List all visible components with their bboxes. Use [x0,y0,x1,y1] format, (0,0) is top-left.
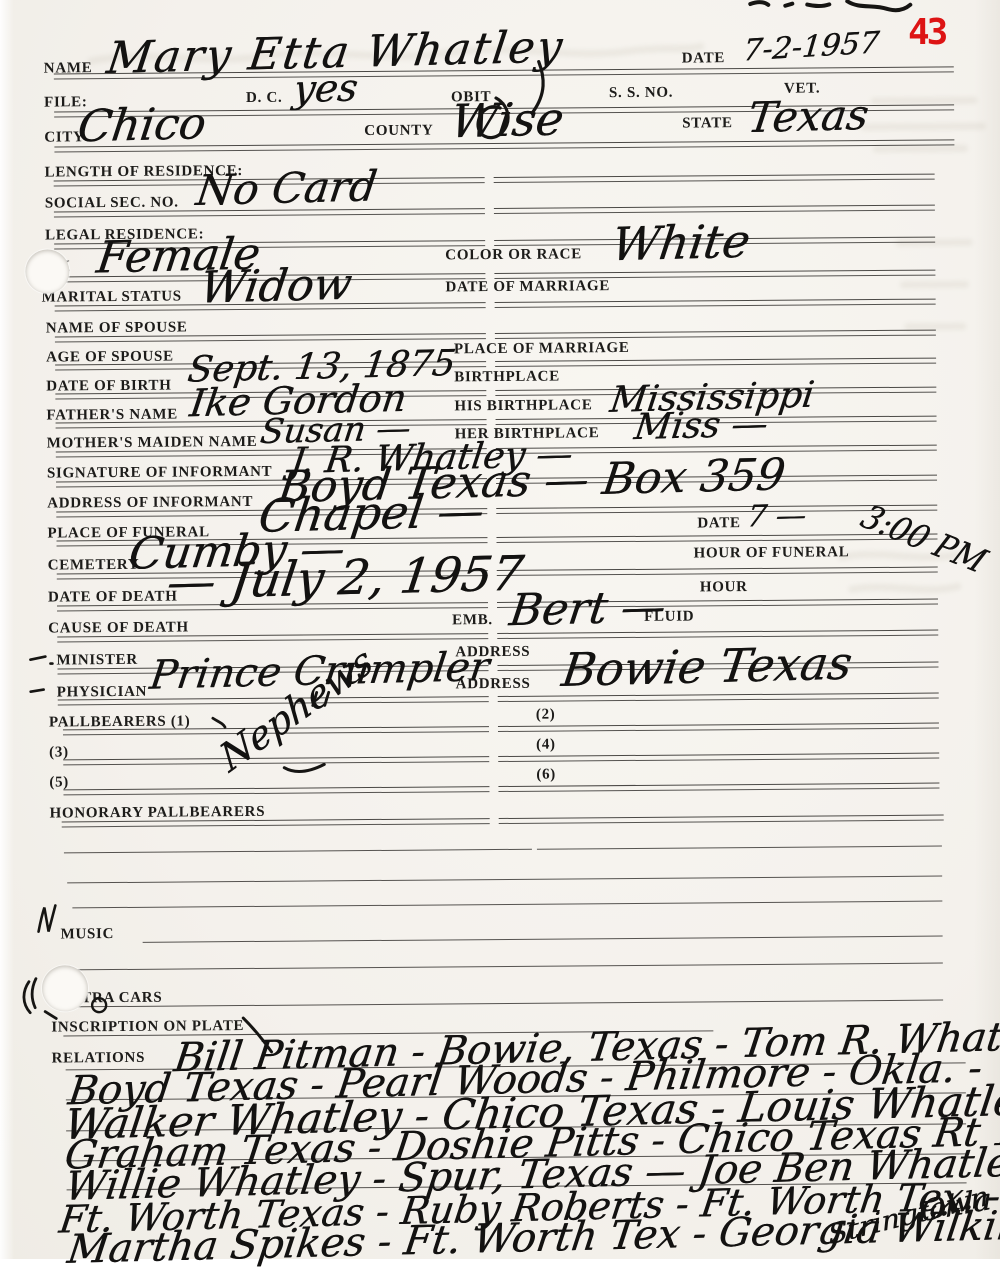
field-label-place-of-marriage: PLACE OF MARRIAGE [454,340,630,358]
archive-number-stamp: 43 [908,12,945,53]
field-value-her-birthplace: Miss — [632,409,769,445]
scanned-form-page: NAME DATE FILE: D. C. OBIT S. S. NO. VET… [0,0,1000,1259]
field-label-birthplace: BIRTHPLACE [454,369,560,387]
field-label-county: COUNTY [364,123,433,141]
pallbearers-squiggle [213,718,225,727]
field-label-signature-of-informant: SIGNATURE OF INFORMANT [47,464,273,483]
field-label-pallbearers-1: PALLBEARERS (1) [49,713,191,731]
rule [495,330,936,339]
rule [64,849,532,854]
physician-dash-mark [31,690,44,692]
nephews-underline [284,764,324,771]
field-value-date-of-death: — July 2, 1957 [164,553,525,605]
field-label-fathers-name: FATHER'S NAME [46,407,178,425]
field-label-marital-status: MARITAL STATUS [42,288,182,306]
rule [494,205,935,214]
field-label-ssno: S. S. NO. [609,85,673,103]
rule [67,876,942,884]
field-label-physician: PHYSICIAN [57,684,148,702]
field-value-city: Chico [75,104,208,147]
punch-hole-bottom [42,965,88,1011]
rule [143,936,943,943]
field-label-minister: MINISTER [56,652,138,670]
field-label-date-of-marriage: DATE OF MARRIAGE [445,278,610,296]
field-value-funeral-date: 7 — [745,502,807,531]
top-edge-ink-marks [750,1,910,12]
field-label-relations: RELATIONS [51,1050,145,1068]
field-value-emb: Bert — [507,587,668,631]
field-value-marital-status: Widow [198,265,354,308]
field-label-pallbearer-2: (2) [536,707,556,724]
rule [65,963,943,971]
field-label-cause-of-death: CAUSE OF DEATH [48,619,189,637]
rule [72,901,942,909]
field-label-pallbearer-5: (5) [49,774,69,791]
field-label-social-sec-no: SOCIAL SEC. NO. [45,195,179,213]
rule [497,567,938,576]
field-label-pallbearer-4: (4) [536,737,556,754]
field-label-emb: EMB. [452,612,493,629]
field-label-dc: D. C. [246,90,283,107]
rule [498,753,939,762]
field-value-county: Wise [448,98,566,142]
field-label-mothers-maiden-name: MOTHER'S MAIDEN NAME [47,434,258,453]
field-label-hour-of-funeral: HOUR OF FUNERAL [694,544,850,562]
field-label-pallbearer-3: (3) [49,744,69,761]
field-label-hour: HOUR [700,579,748,596]
field-label-honorary-pallbearers: HONORARY PALLBEARERS [50,804,266,823]
field-label-state: STATE [682,115,733,132]
rule [498,783,939,792]
field-label-funeral-date: DATE [697,515,741,532]
field-value-dc: yes [292,71,360,107]
rule [495,299,936,308]
field-value-hour-of-funeral: 3:00 PM [857,502,991,577]
field-label-name: NAME [44,60,93,77]
field-label-cemetery: CEMETERY [48,557,140,575]
music-check-mark [38,906,55,932]
rule [499,815,944,824]
field-label-address-of-informant: ADDRESS OF INFORMANT [47,494,253,513]
field-value-social-sec-no: No Card [194,167,379,209]
rule [537,846,942,850]
rule [65,1000,943,1008]
rule [495,358,936,367]
field-label-music: MUSIC [61,926,115,943]
minister-dash-mark [30,657,52,664]
field-value-state: Texas [746,96,871,137]
rule [498,723,939,732]
page-tilt-wrapper: NAME DATE FILE: D. C. OBIT S. S. NO. VET… [0,0,1000,1259]
field-label-age-of-spouse: AGE OF SPOUSE [46,349,174,367]
punch-hole-top [25,249,69,293]
field-label-date-of-death: DATE OF DEATH [48,589,178,607]
field-value-date: 7-2-1957 [742,29,880,64]
field-label-date-of-birth: DATE OF BIRTH [46,378,171,396]
field-label-his-birthplace: HIS BIRTHPLACE [454,397,592,415]
rule [63,756,489,765]
rule [494,174,935,183]
field-label-pallbearer-6: (6) [536,767,556,784]
rule [63,786,489,795]
field-label-date: DATE [682,50,726,67]
field-label-name-of-spouse: NAME OF SPOUSE [46,319,188,337]
field-label-color-or-race: COLOR OR RACE [445,246,582,264]
field-value-physician-address: Bowie Texas [559,643,854,692]
field-value-color-or-race: White [609,221,752,266]
